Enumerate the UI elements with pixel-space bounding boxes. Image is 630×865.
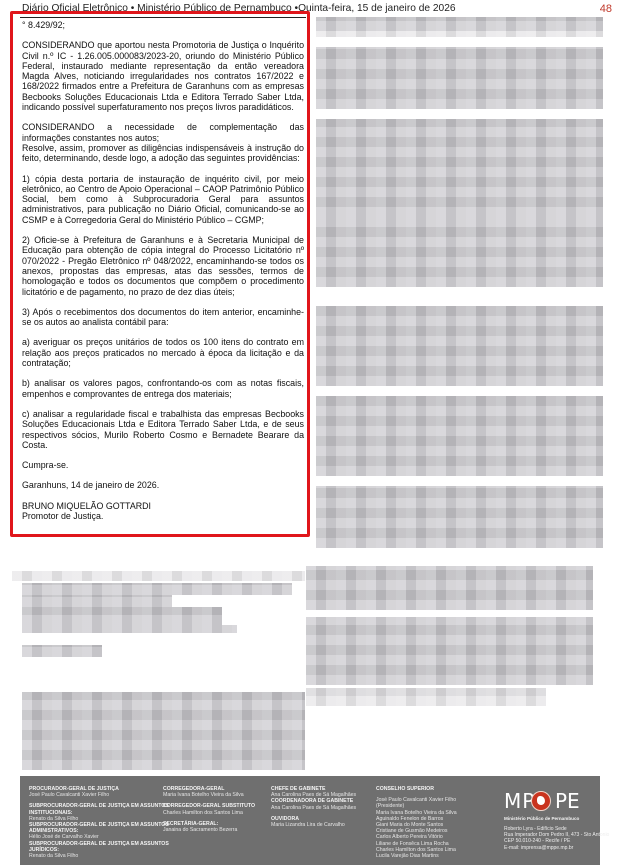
redacted-content xyxy=(22,692,305,770)
paragraph: Cumpra-se. xyxy=(22,460,304,470)
footer-entry: SECRETÁRIA-GERAL: Janaina do Sacramento … xyxy=(163,821,278,833)
signature-name: BRUNO MIQUELÃO GOTTARDI xyxy=(22,501,304,511)
council-member: Lucila Varejão Dias Martins xyxy=(376,853,481,859)
paragraph: Garanhuns, 14 de janeiro de 2026. xyxy=(22,480,304,490)
redacted-content xyxy=(22,583,292,595)
page-number: 48 xyxy=(600,2,612,16)
footer-entry: CHEFE DE GABINETE Ana Carolina Paes de S… xyxy=(271,786,371,798)
paragraph: Resolve, assim, promover as diligências … xyxy=(22,143,304,164)
redacted-content xyxy=(12,571,305,581)
paragraph: 1) cópia desta portaria de instauração d… xyxy=(22,174,304,225)
footer-entry: OUVIDORA Maria Lizandra Lira de Carvalho xyxy=(271,816,371,828)
redacted-content xyxy=(316,17,603,31)
brazil-map-emblem-icon xyxy=(531,791,551,811)
footer-entry: SUBPROCURADOR-GERAL DE JUSTIÇA EM ASSUNT… xyxy=(29,822,169,841)
footer-entry: COORDENADORA DE GABINETE Ana Carolina Pa… xyxy=(271,798,371,810)
logo-text-pe: PE xyxy=(555,790,580,812)
footer-entry: CORREGEDOR-GERAL SUBSTITUTO Charles Hami… xyxy=(163,803,278,815)
document-text: ° 8.429/92; CONSIDERANDO que aportou nes… xyxy=(22,17,304,521)
paragraph: a) averiguar os preços unitários de todo… xyxy=(22,337,304,368)
footer-column-conselho: CONSELHO SUPERIOR José Paulo Cavalcanti … xyxy=(376,786,481,859)
redacted-content xyxy=(316,47,603,109)
redacted-content xyxy=(22,595,172,607)
footer-entry: SUBPROCURADOR-GERAL DE JUSTIÇA EM ASSUNT… xyxy=(29,803,169,822)
footer-entry: CORREGEDORA-GERAL Maria Ivana Botelho Vi… xyxy=(163,786,278,798)
signature-role: Promotor de Justiça. xyxy=(22,511,304,521)
address-block: Roberto Lyra - Edifício Sede Rua Imperad… xyxy=(504,826,609,851)
redacted-content xyxy=(316,31,603,37)
footer-column-corregedoria: CORREGEDORA-GERAL Maria Ivana Botelho Vi… xyxy=(163,786,278,838)
redacted-content xyxy=(306,688,546,706)
redacted-content xyxy=(316,306,603,386)
footer-column-gabinete: CHEFE DE GABINETE Ana Carolina Paes de S… xyxy=(271,786,371,833)
paragraph: 2) Oficie-se à Prefeitura de Garanhuns e… xyxy=(22,235,304,297)
redacted-content xyxy=(22,625,237,633)
paragraph: b) analisar os valores pagos, confrontan… xyxy=(22,378,304,399)
paragraph: 3) Após o recebimentos dos documentos do… xyxy=(22,307,304,328)
organization-name: Ministério Público de Pernambuco xyxy=(504,816,579,822)
paragraph: ° 8.429/92; xyxy=(22,20,304,30)
page-footer: PROCURADOR-GERAL DE JUSTIÇA José Paulo C… xyxy=(20,776,600,865)
mppe-logo: MP PE Ministério Público de Pernambuco R… xyxy=(504,790,594,865)
redacted-content xyxy=(316,486,603,548)
paragraph: CONSIDERANDO que aportou nesta Promotori… xyxy=(22,40,304,112)
footer-entry: PROCURADOR-GERAL DE JUSTIÇA José Paulo C… xyxy=(29,786,169,798)
redacted-content xyxy=(22,645,102,657)
divider xyxy=(20,17,306,18)
footer-entry: SUBPROCURADOR-GERAL DE JUSTIÇA EM ASSUNT… xyxy=(29,841,169,860)
redacted-content xyxy=(22,607,222,625)
paragraph: c) analisar a regularidade fiscal e trab… xyxy=(22,409,304,450)
paragraph: CONSIDERANDO a necessidade de complement… xyxy=(22,122,304,143)
footer-column-leadership: PROCURADOR-GERAL DE JUSTIÇA José Paulo C… xyxy=(29,786,169,859)
redacted-content xyxy=(306,617,593,685)
redacted-content xyxy=(316,396,603,476)
redacted-content xyxy=(316,119,603,217)
redacted-content xyxy=(306,566,593,610)
redacted-content xyxy=(316,217,603,287)
